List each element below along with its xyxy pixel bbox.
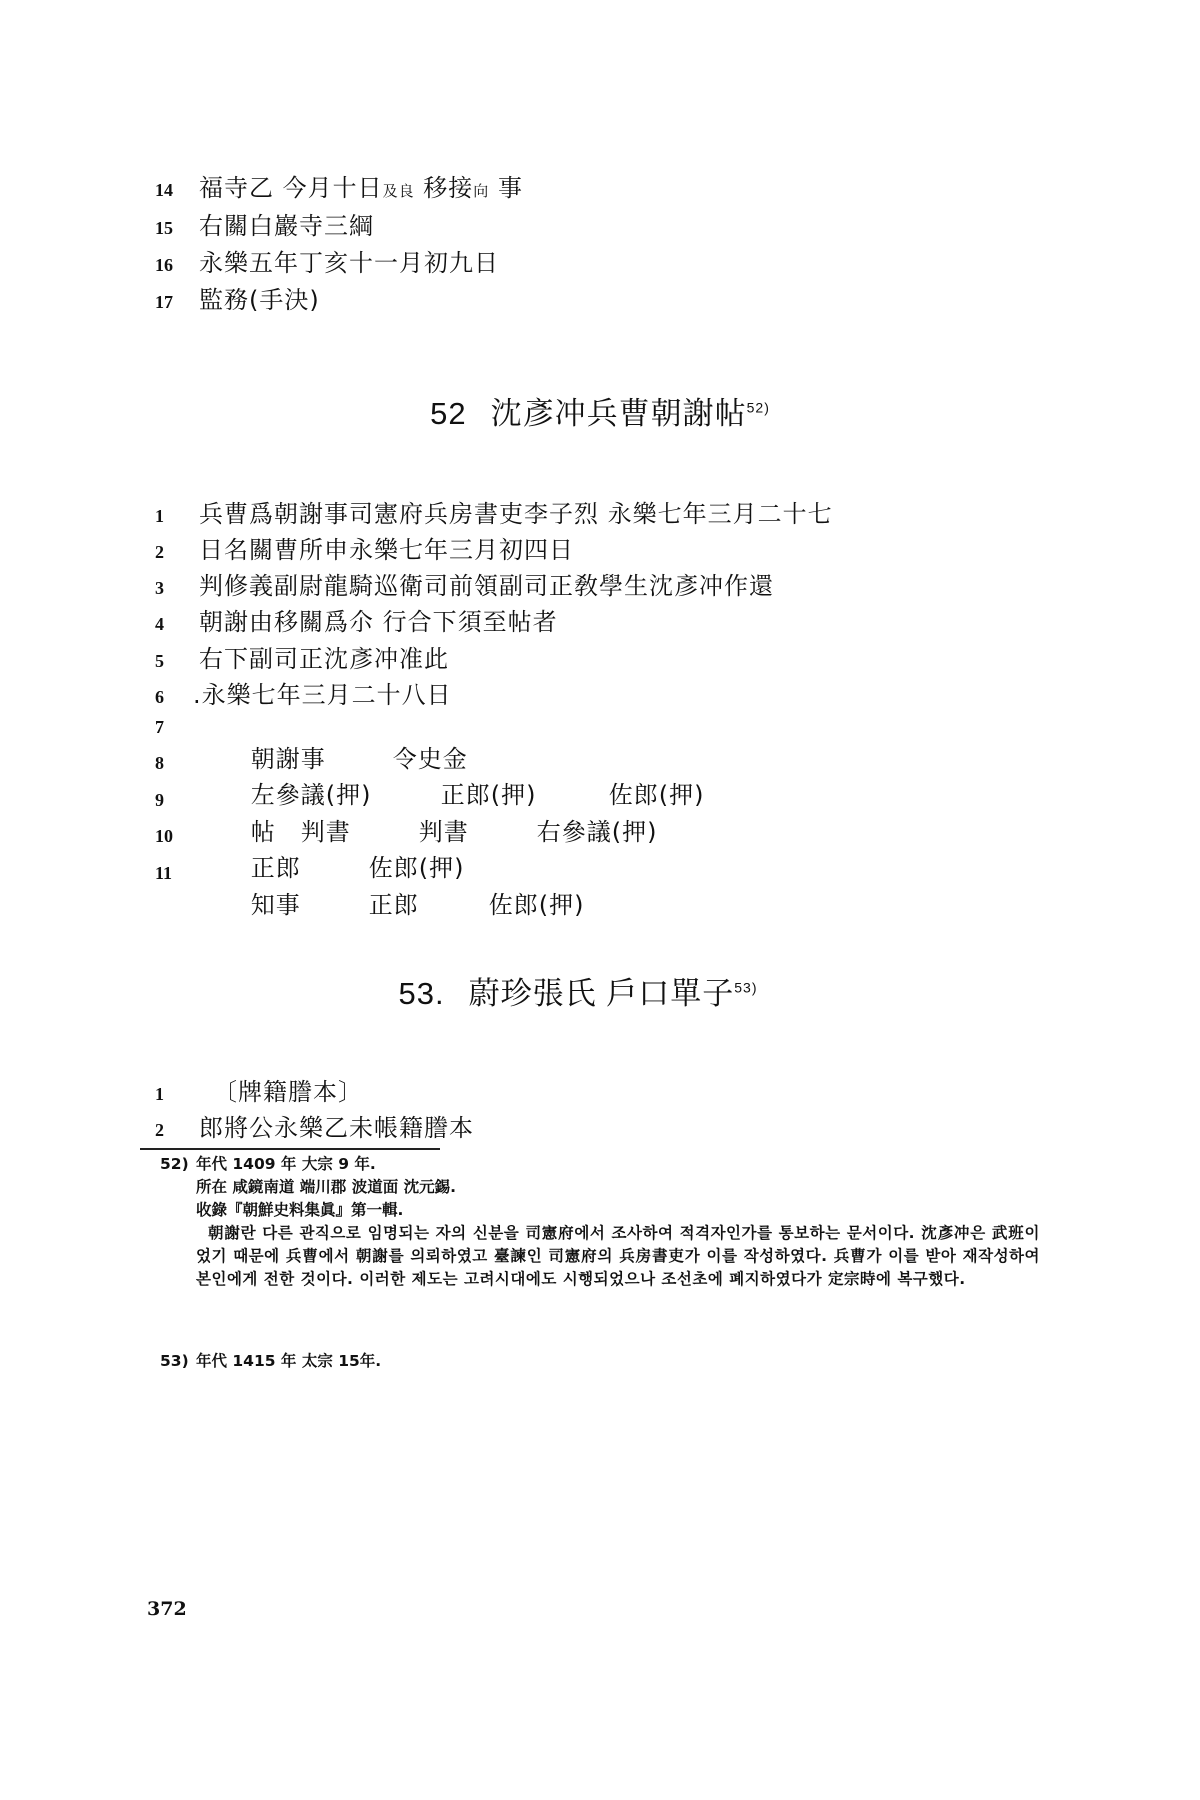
text-line: 2 郎將公永樂乙未帳籍謄本 xyxy=(155,1108,474,1144)
line-number: 3 xyxy=(155,578,199,599)
line-number: 5 xyxy=(155,651,199,672)
footnote-ref[interactable]: 53) xyxy=(734,980,757,996)
document-page: 14 福寺乙 今月十日及良 移接向 事 15 右關白巖寺三綱 16 永樂五年丁亥… xyxy=(0,0,1200,1800)
text-line: 16 永樂五年丁亥十一月初九日 xyxy=(155,243,499,279)
line-text: 右關白巖寺三綱 xyxy=(199,206,374,241)
text-line: 5 右下副司正沈彥冲准此 xyxy=(155,639,449,675)
line-number: 7 xyxy=(155,717,199,738)
page-number: 372 xyxy=(147,1598,187,1620)
line-number: 1 xyxy=(155,506,199,527)
line-number: 8 xyxy=(155,753,199,774)
footnote-divider xyxy=(140,1148,440,1150)
text-line: 11 知事正郎佐郎(押) xyxy=(155,857,585,893)
line-text: .永樂七年三月二十八日 xyxy=(193,675,452,710)
line-text: 判修義副尉龍騎巡衛司前領副司正敎學生沈彥冲作還 xyxy=(199,566,774,601)
line-number: 15 xyxy=(155,218,199,239)
line-text: 永樂五年丁亥十一月初九日 xyxy=(199,243,499,278)
line-text: 福寺乙 今月十日及良 移接向 事 xyxy=(199,168,523,203)
line-number: 9 xyxy=(155,790,199,811)
line-text: 知事正郎佐郎(押) xyxy=(199,857,585,948)
line-text: 日名關曹所申永樂七年三月初四日 xyxy=(199,530,574,565)
footnote-ref[interactable]: 52) xyxy=(747,400,770,416)
text-line: 6 .永樂七年三月二十八日 xyxy=(155,675,452,711)
text-line: 3 判修義副尉龍騎巡衛司前領副司正敎學生沈彥冲作還 xyxy=(155,566,774,602)
line-number: 14 xyxy=(155,180,199,201)
text-line: 15 右關白巖寺三綱 xyxy=(155,206,374,242)
section-52-heading: 52沈彥冲兵曹朝謝帖52) xyxy=(0,388,1200,433)
line-text: 朝謝由移關爲尒 行合下須至帖者 xyxy=(199,602,558,637)
text-line: 17 監務(手決) xyxy=(155,280,320,316)
text-line: 9 帖 判書判書右參議(押) xyxy=(155,784,658,820)
text-line: 14 福寺乙 今月十日及良 移接向 事 xyxy=(155,168,523,204)
line-number: 11 xyxy=(155,863,199,884)
line-text: 兵曹爲朝謝事司憲府兵房書吏李子烈 永樂七年三月二十七 xyxy=(199,494,833,529)
line-number: 2 xyxy=(155,542,199,563)
footnote-paragraph: 朝謝란 다른 관직으로 임명되는 자의 신분을 司憲府에서 조사하여 적격자인가… xyxy=(160,1222,1040,1291)
footnote-52: 52)年代 1409 年 大宗 9 年. 所在 咸鏡南道 端川郡 波道面 沈元錫… xyxy=(160,1153,1040,1291)
footnote-53: 53)年代 1415 年 太宗 15年. xyxy=(160,1350,1040,1373)
line-number: 17 xyxy=(155,292,199,313)
line-text: 監務(手決) xyxy=(199,280,320,315)
text-line: 10 正郎佐郎(押) xyxy=(155,820,465,856)
line-text: 郎將公永樂乙未帳籍謄本 xyxy=(199,1108,474,1143)
text-line: 1 兵曹爲朝謝事司憲府兵房書吏李子烈 永樂七年三月二十七 xyxy=(155,494,833,530)
line-text: 〔牌籍謄本〕 xyxy=(213,1072,363,1107)
text-line: 7 朝謝事令史金 xyxy=(155,711,468,747)
line-text: 右下副司正沈彥冲准此 xyxy=(199,639,449,674)
text-line: 1 〔牌籍謄本〕 xyxy=(155,1072,363,1108)
line-number: 2 xyxy=(155,1120,199,1141)
text-line: 4 朝謝由移關爲尒 行合下須至帖者 xyxy=(155,602,558,638)
line-number: 4 xyxy=(155,614,199,635)
text-line: 2 日名關曹所申永樂七年三月初四日 xyxy=(155,530,574,566)
line-number: 1 xyxy=(155,1084,199,1105)
text-line: 8 左參議(押)正郎(押)佐郎(押) xyxy=(155,747,705,783)
line-number: 10 xyxy=(155,826,199,847)
line-number: 16 xyxy=(155,255,199,276)
section-53-heading: 53.蔚珍張氏 戶口單子53) xyxy=(0,968,1178,1013)
